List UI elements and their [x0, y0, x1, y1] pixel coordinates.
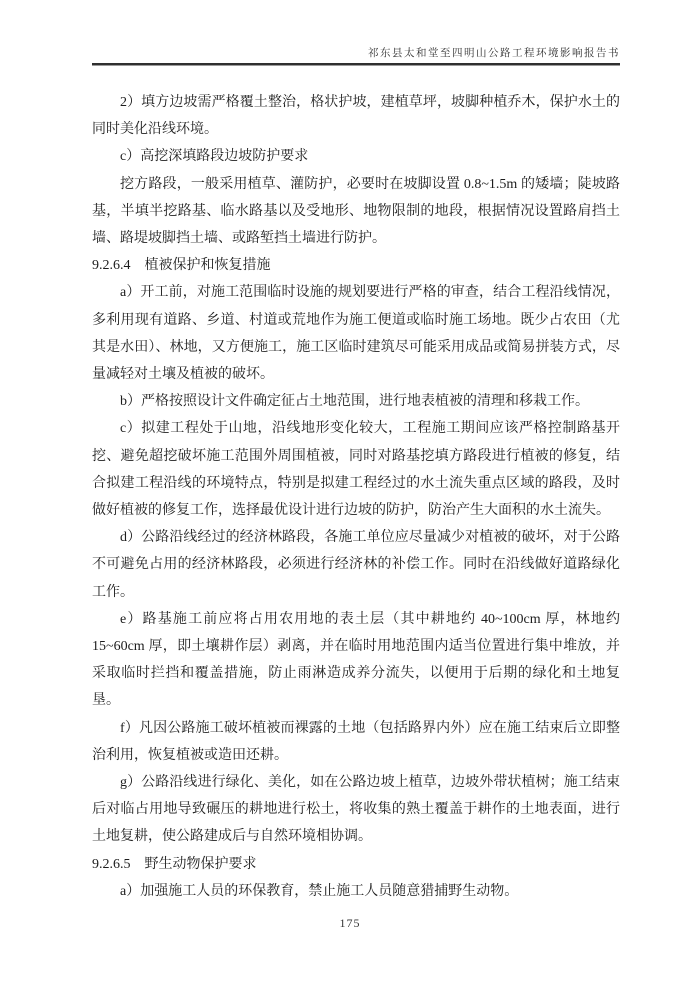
section-heading-9265: 9.2.6.5 野生动物保护要求	[92, 851, 620, 878]
page-number: 175	[0, 916, 700, 931]
document-page: 祁东县太和堂至四明山公路工程环境影响报告书 2）填方边坡需严格覆土整治，格状护坡…	[0, 0, 700, 990]
paragraph-cut-section: 挖方路段，一般采用植草、灌防护，必要时在坡脚设置 0.8~1.5m 的矮墙；陡坡…	[92, 171, 620, 253]
section-heading-9264: 9.2.6.4 植被保护和恢复措施	[92, 252, 620, 279]
paragraph-a-wildlife: a）加强施工人员的环保教育，禁止施工人员随意猎捕野生动物。	[92, 878, 620, 905]
paragraph-b-land-scope: b）严格按照设计文件确定征占土地范围，进行地表植被的清理和移栽工作。	[92, 388, 620, 415]
header-rule	[92, 63, 620, 66]
paragraph-g-greening: g）公路沿线进行绿化、美化，如在公路边坡上植草，边坡外带状植树；施工结束后对临占…	[92, 769, 620, 851]
paragraph-slope-protection-title: c）高挖深填路段边坡防护要求	[92, 143, 620, 170]
paragraph-c-mountain-area: c）拟建工程处于山地，沿线地形变化较大，工程施工期间应该严格控制路基开挖、避免超…	[92, 415, 620, 524]
paragraph-f-bare-land: f）凡因公路施工破坏植被而裸露的土地（包括路界内外）应在施工结束后立即整治利用，…	[92, 715, 620, 769]
paragraph-e-topsoil: e）路基施工前应将占用农用地的表土层（其中耕地约 40~100cm 厚，林地约 …	[92, 606, 620, 715]
paragraph-d-economic-forest: d）公路沿线经过的经济林路段，各施工单位应尽量减少对植被的破坏，对于公路不可避免…	[92, 524, 620, 606]
document-body: 2）填方边坡需严格覆土整治，格状护坡，建植草坪，坡脚种植乔木，保护水土的同时美化…	[92, 89, 620, 905]
paragraph-a-pre-construction: a）开工前，对施工范围临时设施的规划要进行严格的审查，结合工程沿线情况，多利用现…	[92, 279, 620, 388]
running-header-title: 祁东县太和堂至四明山公路工程环境影响报告书	[92, 45, 620, 60]
paragraph-fill-slope: 2）填方边坡需严格覆土整治，格状护坡，建植草坪，坡脚种植乔木，保护水土的同时美化…	[92, 89, 620, 143]
